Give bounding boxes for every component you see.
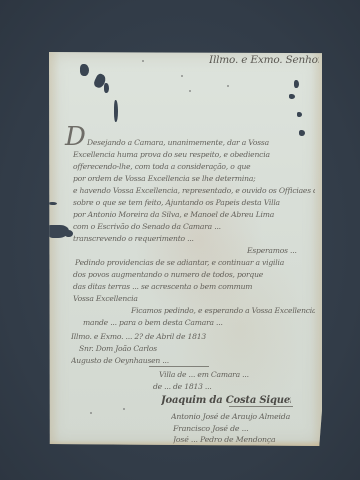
paper-hole bbox=[49, 202, 57, 205]
paper-hole bbox=[80, 64, 89, 76]
ink-speck bbox=[227, 85, 229, 87]
paper-hole bbox=[299, 130, 305, 136]
signature: Francisco José de ... bbox=[173, 424, 273, 433]
body-line: com o Escrivão do Senado da Camara ... bbox=[73, 221, 315, 233]
body-line: e havendo Vossa Excellencia, representad… bbox=[73, 185, 315, 197]
flourish-line bbox=[149, 366, 209, 367]
body-line: Ficamos pedindo, e esperando a Vossa Exc… bbox=[131, 305, 315, 317]
addressee-line: Snr. Dom João Carlos bbox=[79, 343, 219, 355]
body-line: offerecendo-lhe, com toda a consideração… bbox=[73, 161, 315, 173]
date-line: Illmo. e Exmo. ... 2? de Abril de 1813 bbox=[71, 331, 221, 343]
attestation-line: de ... de 1813 ... bbox=[153, 381, 303, 393]
paper-hole bbox=[297, 112, 302, 117]
signature-flourish bbox=[229, 406, 293, 407]
signature: Antonio José de Araujo Almeida bbox=[171, 412, 291, 421]
body-line: Vossa Excellencia bbox=[73, 293, 193, 305]
paper-hole bbox=[65, 230, 73, 237]
body-line: transcrevendo o requerimento ... bbox=[73, 233, 273, 245]
ink-speck bbox=[123, 408, 125, 410]
ink-speck bbox=[189, 90, 191, 92]
body-line: mande ... para o bem desta Camara ... bbox=[83, 317, 315, 329]
body-line: das ditas terras ... se acrescenta o bem… bbox=[73, 281, 315, 293]
paper-hole bbox=[289, 94, 295, 99]
ink-speck bbox=[181, 75, 183, 77]
body-line: Desejando a Camara, unanimemente, dar a … bbox=[87, 137, 315, 149]
ink-speck bbox=[142, 60, 144, 62]
body-line: dos povos augmentando o numero de todos,… bbox=[73, 269, 315, 281]
body-line: Excellencia huma prova do seu respeito, … bbox=[73, 149, 315, 161]
paper-hole bbox=[294, 80, 299, 88]
ink-speck bbox=[90, 412, 92, 414]
body-line: Esperamos ... bbox=[247, 245, 315, 257]
paper-hole bbox=[104, 83, 109, 93]
body-line: por ordem de Vossa Excellencia se lhe de… bbox=[73, 173, 315, 185]
attestation-line: Villa de ... em Camara ... bbox=[159, 369, 309, 381]
signature: José ... Pedro de Mendonça bbox=[173, 435, 299, 444]
paper-hole bbox=[114, 100, 118, 122]
signature: Joaquim da Costa Siqueira bbox=[161, 395, 291, 406]
body-line: sobre o que se tem feito, Ajuntando os P… bbox=[73, 197, 315, 209]
salutation: Illmo. e Exmo. Senhor bbox=[209, 54, 319, 66]
initial-letter: D bbox=[65, 122, 86, 152]
manuscript-page: Illmo. e Exmo. Senhor D Desejando a Cama… bbox=[49, 52, 322, 446]
body-line: por Antonio Moreira da Silva, e Manoel d… bbox=[73, 209, 315, 221]
body-line: Pedindo providencias de se adiantar, e c… bbox=[75, 257, 315, 269]
